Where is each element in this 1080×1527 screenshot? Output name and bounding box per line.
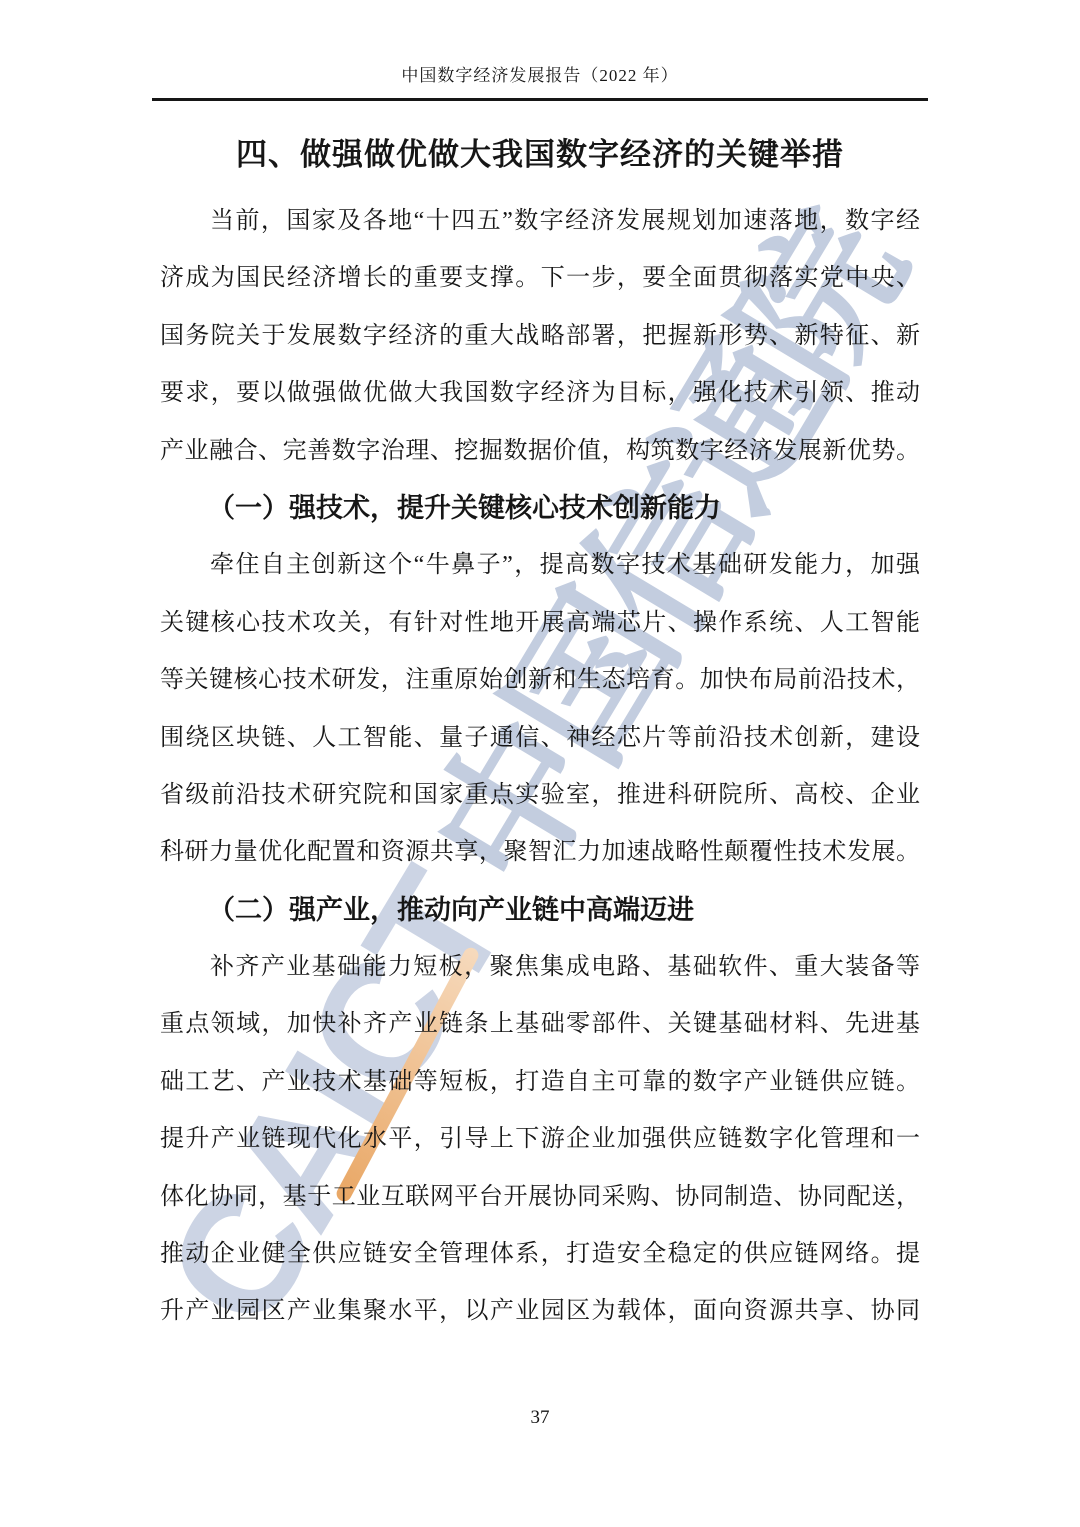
paragraph-line: 当前，国家及各地“十四五”数字经济发展规划加速落地，数字经 [160, 193, 920, 250]
section2-heading: （二）强产业，推动向产业链中高端迈进 [160, 882, 920, 939]
paragraph-line: 推动企业健全供应链安全管理体系，打造安全稳定的供应链网络。提 [160, 1226, 920, 1283]
paragraph-line: 省级前沿技术研究院和国家重点实验室，推进科研院所、高校、企业 [160, 767, 920, 824]
paragraph-line: 等关键核心技术研发，注重原始创新和生态培育。加快布局前沿技术， [160, 652, 920, 709]
page-content: 中国数字经济发展报告（2022 年） 四、做强做优做大我国数字经济的关键举措 当… [0, 0, 1080, 1527]
paragraph-line: 础工艺、产业技术基础等短板，打造自主可靠的数字产业链供应链。 [160, 1054, 920, 1111]
paragraph-line: 围绕区块链、人工智能、量子通信、神经芯片等前沿技术创新，建设 [160, 710, 920, 767]
paragraph-line: 重点领域，加快补齐产业链条上基础零部件、关键基础材料、先进基 [160, 996, 920, 1053]
running-header-title: 中国数字经济发展报告（2022 年） [0, 61, 1080, 86]
paragraph-line: 体化协同，基于工业互联网平台开展协同采购、协同制造、协同配送， [160, 1169, 920, 1226]
paragraph-line: 关键核心技术攻关，有针对性地开展高端芯片、操作系统、人工智能 [160, 595, 920, 652]
paragraph-line: 科研力量优化配置和资源共享，聚智汇力加速战略性颠覆性技术发展。 [160, 824, 920, 881]
paragraph-line: 升产业园区产业集聚水平，以产业园区为载体，面向资源共享、协同 [160, 1283, 920, 1340]
document-page: CAICT中国信通院 中国数字经济发展报告（2022 年） 四、做强做优做大我国… [0, 0, 1080, 1527]
section1-heading: （一）强技术，提升关键核心技术创新能力 [160, 480, 920, 537]
chapter-title: 四、做强做优做大我国数字经济的关键举措 [0, 129, 1080, 174]
paragraph-line: 要求，要以做强做优做大我国数字经济为目标，强化技术引领、推动 [160, 365, 920, 422]
paragraph-line: 济成为国民经济增长的重要支撑。下一步，要全面贯彻落实党中央、 [160, 250, 920, 307]
paragraph-line: 补齐产业基础能力短板，聚焦集成电路、基础软件、重大装备等 [160, 939, 920, 996]
paragraph-line: 提升产业链现代化水平，引导上下游企业加强供应链数字化管理和一 [160, 1111, 920, 1168]
header-rule [152, 98, 928, 101]
paragraph-line: 产业融合、完善数字治理、挖掘数据价值，构筑数字经济发展新优势。 [160, 423, 920, 480]
body-text: 当前，国家及各地“十四五”数字经济发展规划加速落地，数字经 济成为国民经济增长的… [160, 193, 920, 1341]
page-number: 37 [0, 1407, 1080, 1429]
paragraph-line: 国务院关于发展数字经济的重大战略部署，把握新形势、新特征、新 [160, 308, 920, 365]
paragraph-line: 牵住自主创新这个“牛鼻子”，提高数字技术基础研发能力，加强 [160, 537, 920, 594]
